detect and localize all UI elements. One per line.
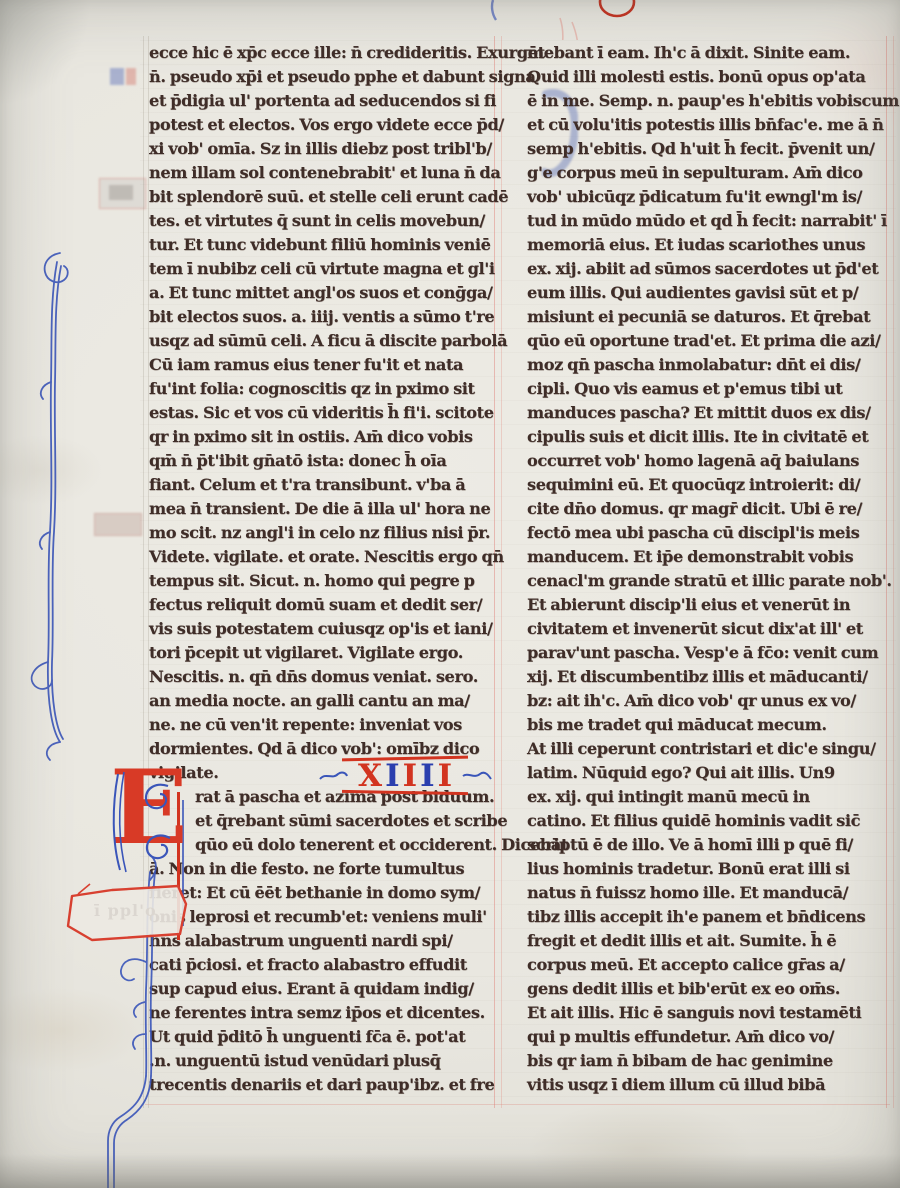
- text-line: manduces pascha? Et mittit duos ex dis/: [527, 401, 889, 425]
- text-line: g'e corpus meū in sepulturam. Am̄ dico: [527, 161, 889, 185]
- photo-bottom-shadow: [0, 1154, 900, 1188]
- penwork-squiggle-icon: [462, 768, 492, 784]
- text-line: vis suis potestatem cuiusqz op'is et ian…: [149, 617, 547, 641]
- penwork-squiggle-icon: [318, 768, 348, 784]
- text-line: tur. Et tunc videbunt filiū hominis veni…: [149, 233, 547, 257]
- red-circle-mark-icon: [600, 0, 634, 16]
- text-line: latim. Nūquid ego? Qui ait illis. Un9: [527, 761, 889, 785]
- text-line: bit splendorē suū. et stelle celi erunt …: [149, 185, 547, 209]
- text-line: manducem. Et ip̄e demonstrabit vobis: [527, 545, 889, 569]
- text-line: n̄. pseudo xp̄i et pseudo pphe et dabunt…: [149, 65, 547, 89]
- text-line: tem ī nubibz celi cū virtute magna et gl…: [149, 257, 547, 281]
- text-line: et p̄digia ul' portenta ad seducendos si…: [149, 89, 547, 113]
- text-line: an media nocte. an galli cantu an ma/: [149, 689, 547, 713]
- text-line: ē in me. Semp. n. paup'es h'ebitis vobis…: [527, 89, 889, 113]
- text-line: estas. Sic et vos cū videritis h̄ fi'i. …: [149, 401, 547, 425]
- top-edge-marks: [0, 0, 900, 40]
- text-line: qui p multis effundetur. Am̄ dico vo/: [527, 1025, 889, 1049]
- text-line: xi vob' omīa. Sz in illis diebz post tri…: [149, 137, 547, 161]
- text-line: bz: ait ih'c. Am̄ dico vob' qr unus ex v…: [527, 689, 889, 713]
- text-line: cipli. Quo vis eamus et p'emus tibi ut: [527, 377, 889, 401]
- text-line: fregit et dedit illis et ait. Sumite. h̄…: [527, 929, 889, 953]
- chapter-number: XIIII: [318, 756, 492, 796]
- text-line: lius hominis tradetur. Bonū erat illi si: [527, 857, 889, 881]
- bleed-mark-smudge: [94, 513, 142, 536]
- chapter-numeral: I: [438, 758, 453, 794]
- text-line: fiant. Celum et t'ra transibunt. v'ba ā: [149, 473, 547, 497]
- chapter-numeral: I: [385, 758, 400, 794]
- text-line: qr in pximo sit in ostiis. Am̄ dico vobi…: [149, 425, 547, 449]
- text-line: parav'unt pascha. Vesp'e ā fc̄o: venit c…: [527, 641, 889, 665]
- text-line: scriptū ē de illo. Ve ā homī illi p quē …: [527, 833, 889, 857]
- text-line: sequimini eū. Et quocūqz introierit: di/: [527, 473, 889, 497]
- chapter-numerals: XIIII: [348, 758, 462, 794]
- text-line: cipulis suis et dicit illis. Ite in civi…: [527, 425, 889, 449]
- text-line: ex. xij. abiit ad sūmos sacerdotes ut p̄…: [527, 257, 889, 281]
- text-line: ne. ne cū ven'it repente: inveniat vos: [149, 713, 547, 737]
- text-line: tempus sit. Sicut. n. homo qui pegre p: [149, 569, 547, 593]
- text-line: cite dn̄o domus. qr magr̄ dicit. Ubi ē r…: [527, 497, 889, 521]
- text-line: cati p̄ciosi. et fracto alabastro effudi…: [149, 953, 547, 977]
- text-line: mo scit. nz angl'i in celo nz filius nis…: [149, 521, 547, 545]
- bleed-mark-red: [126, 68, 136, 85]
- text-line: ecce hic ē xp̄c ecce ille: n̄ crediderit…: [149, 41, 547, 65]
- column-block: ecce hic ē xp̄c ecce ille: n̄ crediderit…: [149, 41, 547, 785]
- text-line: natus n̄ fuissz homo ille. Et manducā/: [527, 881, 889, 905]
- text-line: semp h'ebitis. Qd h'uit h̄ fecit. p̄veni…: [527, 137, 889, 161]
- text-line: onis leprosi et recumb'et: veniens muli': [149, 905, 547, 929]
- text-line: catino. Et filius quidē hominis vadit si…: [527, 809, 889, 833]
- text-line: .n. unguentū istud venūdari plusq̄: [149, 1049, 547, 1073]
- text-line: occurret vob' homo lagenā aq̄ baiulans: [527, 449, 889, 473]
- text-line: misiunt ei pecuniā se daturos. Et q̄reba…: [527, 305, 889, 329]
- text-line: bit electos suos. a. iiij. ventis a sūmo…: [149, 305, 547, 329]
- text-line: At illi ceperunt contristari et dic'e si…: [527, 737, 889, 761]
- decorated-initial-e: E: [110, 766, 206, 878]
- text-line: tes. et virtutes q̄ sunt in celis movebu…: [149, 209, 547, 233]
- photo-corner-shadow: [0, 0, 120, 150]
- blue-dash-mark-icon: [492, 0, 496, 20]
- text-line: tud in mūdo mūdo et qd h̄ fecit: narrabi…: [527, 209, 889, 233]
- text-line: xij. Et discumbentibz illis et māducanti…: [527, 665, 889, 689]
- text-column-right: mebant ī eam. Ih'c ā dixit. Sinite eam.Q…: [527, 41, 889, 1097]
- initial-letter: E: [110, 752, 188, 864]
- text-line: Quid illi molesti estis. bonū opus op'at…: [527, 65, 889, 89]
- text-line: tibz illis accepit ih'e panem et bn̄dice…: [527, 905, 889, 929]
- text-line: bis me tradet qui māducat mecum.: [527, 713, 889, 737]
- text-line: cenacl'm grande stratū et illic parate n…: [527, 569, 889, 593]
- text-line: tori p̄cepit ut vigilaret. Vigilate ergo…: [149, 641, 547, 665]
- text-line: potest et electos. Vos ergo videte ecce …: [149, 113, 547, 137]
- chapter-numeral: X: [358, 758, 382, 794]
- text-line: Ut quid p̄ditō h̄ unguenti fc̄a ē. pot'a…: [149, 1025, 547, 1049]
- marginal-note-text: ī ppl'o: [94, 901, 157, 920]
- text-line: Et abierunt discip'li eius et venerūt in: [527, 593, 889, 617]
- text-line: vob' ubicūqz p̄dicatum fu'it ewngl'm is/: [527, 185, 889, 209]
- column-block: mebant ī eam. Ih'c ā dixit. Sinite eam.Q…: [527, 41, 889, 1097]
- ruling-line: [893, 36, 894, 1108]
- text-line: Cū iam ramus eius tener fu'it et nata: [149, 353, 547, 377]
- text-line: et q̄rebant sūmi sacerdotes et scribe: [195, 809, 547, 833]
- text-line: fectō mea ubi pascha cū discipl'is meis: [527, 521, 889, 545]
- manuscript-page-photo: ecce hic ē xp̄c ecce ille: n̄ crediderit…: [0, 0, 900, 1188]
- text-line: fectus reliquit domū suam et dedit ser/: [149, 593, 547, 617]
- text-column-left: ecce hic ē xp̄c ecce ille: n̄ crediderit…: [149, 41, 547, 1097]
- text-line: ex. xij. qui intingit manū mecū in: [527, 785, 889, 809]
- text-line: Et ait illis. Hic ē sanguis novi testamē…: [527, 1001, 889, 1025]
- pink-bleed-filigree-icon: [552, 18, 578, 40]
- text-line: mea n̄ transient. De die ā illa ul' hora…: [149, 497, 547, 521]
- text-line: Nescitis. n. qn̄ dn̄s domus veniat. sero…: [149, 665, 547, 689]
- text-line: usqz ad sūmū celi. A ficu ā discite parb…: [149, 329, 547, 353]
- marginal-note: ī ppl'o: [62, 882, 192, 944]
- bleed-mark-box: [99, 178, 146, 209]
- text-line: corpus meū. Et accepto calice gr̄as a/: [527, 953, 889, 977]
- text-line: memoriā eius. Et iudas scariothes unus: [527, 233, 889, 257]
- text-line: ne ferentes intra semz ip̄os et dicentes…: [149, 1001, 547, 1025]
- text-line: mebant ī eam. Ih'c ā dixit. Sinite eam.: [527, 41, 889, 65]
- text-line: civitatem et invenerūt sicut dix'at ill'…: [527, 617, 889, 641]
- text-line: trecentis denariis et dari paup'ibz. et …: [149, 1073, 547, 1097]
- chapter-numeral: I: [403, 758, 418, 794]
- text-line: qūo eū dolo tenerent et occiderent. Dice…: [195, 833, 547, 857]
- text-line: et cū volu'itis potestis illis bn̄fac'e.…: [527, 113, 889, 137]
- text-line: ā. Non in die festo. ne forte tumultus: [149, 857, 547, 881]
- text-line: eum illis. Qui audientes gavisi sūt et p…: [527, 281, 889, 305]
- text-line: a. Et tunc mittet angl'os suos et conḡga…: [149, 281, 547, 305]
- text-line: Videte. vigilate. et orate. Nescitis erg…: [149, 545, 547, 569]
- text-line: fu'int folia: cognoscitis qz in pximo si…: [149, 377, 547, 401]
- text-line: qm̄ n̄ p̄t'ibit gn̄atō ista: donec h̄ oī…: [149, 449, 547, 473]
- text-line: sup capud eius. Erant ā quidam indig/: [149, 977, 547, 1001]
- text-line: bis qr iam n̄ bibam de hac genimine: [527, 1049, 889, 1073]
- text-line: nem illam sol contenebrabit' et luna n̄ …: [149, 161, 547, 185]
- text-line: fieret: Et cū ēēt bethanie in domo sym/: [149, 881, 547, 905]
- ruling-line: [145, 1104, 890, 1105]
- column-block: ā. Non in die festo. ne forte tumultusfi…: [149, 857, 547, 1097]
- text-line: gens dedit illis et bib'erūt ex eo om̄s.: [527, 977, 889, 1001]
- text-line: moz qn̄ pascha inmolabatur: dn̄t ei dis/: [527, 353, 889, 377]
- text-line: hn̄s alabastrum unguenti nardi spi/: [149, 929, 547, 953]
- chapter-numeral: I: [420, 758, 435, 794]
- text-line: qūo eū oportune trad'et. Et prima die az…: [527, 329, 889, 353]
- text-line: vitis usqz ī diem illum cū illud bibā: [527, 1073, 889, 1097]
